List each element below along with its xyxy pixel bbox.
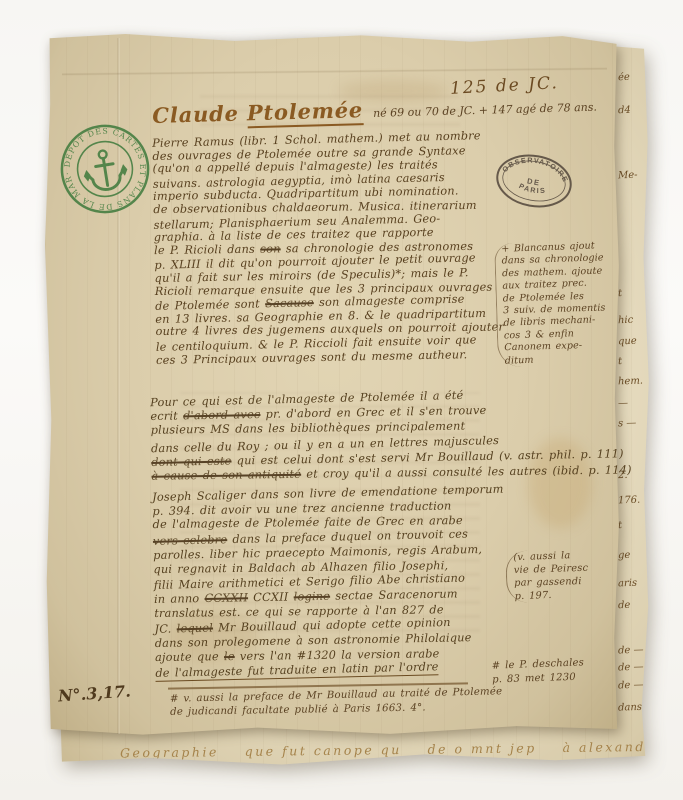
- handwritten-text: p. 197.: [514, 590, 552, 602]
- struck-text: dont qui este: [151, 454, 231, 468]
- handwritten-text: Canonem expe-: [504, 340, 582, 353]
- manuscript-line: (v. aussi la: [513, 549, 588, 565]
- handwritten-text: vie de Peiresc: [514, 563, 589, 576]
- stamp-ring-text: · DEPOT DES CARTES ET PLANS DE LA MARINE: [51, 115, 153, 219]
- struck-text: à cause de son antiquité: [151, 468, 301, 483]
- handwritten-text: de Ptolemée sont: [155, 297, 265, 313]
- edge-fragment: de —: [618, 680, 644, 692]
- handwritten-text: et croy qu'il a aussi consulté les autre…: [301, 463, 632, 480]
- handwritten-text: # le P. deschales: [492, 657, 585, 671]
- struck-text: Sacause: [265, 296, 314, 310]
- handwritten-text: le P. Ricioli dans: [154, 242, 260, 256]
- handwritten-text: cos 3 & enfin: [504, 328, 574, 341]
- margin-note-deschales: # le P. deschalesp. 83 met 1230: [492, 657, 585, 688]
- handwritten-text: par gassendi: [514, 576, 582, 589]
- title-underlined-name: Ptolemée: [247, 97, 364, 128]
- paragraph-ramus: Pierre Ramus (libr. 1 Schol. mathem.) me…: [152, 130, 505, 367]
- struck-text: CCXXII: [204, 591, 248, 605]
- handwritten-text: aux traitez prec.: [502, 278, 587, 292]
- handwritten-text: ecrit: [150, 410, 183, 424]
- handwritten-text: CCXII: [248, 590, 294, 604]
- fleur-de-lis-icon: [83, 169, 92, 182]
- title-first-word: Claude: [152, 101, 239, 128]
- handwritten-text: in anno: [154, 592, 205, 606]
- handwritten-text: + Blancanus ajout: [501, 240, 595, 254]
- struck-text: vers celebre: [153, 533, 228, 548]
- handwritten-text: de libris mechani-: [503, 315, 595, 329]
- manuscript-line: p. 197.: [514, 588, 589, 604]
- struck-text: d'abord avec: [183, 408, 260, 422]
- struck-text: le: [224, 650, 235, 663]
- edge-fragment: Me-: [618, 170, 638, 182]
- page-title: Claude Ptolemée: [152, 97, 363, 128]
- paragraph-scaliger: Joseph Scaliger dans son livre de emenda…: [152, 484, 507, 682]
- edge-fragment: dans —: [618, 701, 655, 713]
- struck-text: lequel: [177, 622, 214, 636]
- edge-fragment: hic: [618, 315, 634, 327]
- manuscript-scan: éed4Me-thicquethem.—s —2.176.tgearisdede…: [0, 0, 683, 800]
- handwritten-text: ditum: [505, 354, 534, 366]
- edge-fragment: de —: [618, 662, 644, 674]
- handwritten-text: sectae Saracenorum: [330, 587, 458, 602]
- struck-text: son: [260, 242, 281, 255]
- handwritten-text: p. 83 met 1230: [492, 672, 576, 686]
- handwritten-text: JC.: [154, 623, 176, 637]
- edge-fragment: de —: [618, 645, 644, 657]
- margin-note-blancanus: + Blancanus ajoutdans sa chronologiedes …: [494, 240, 607, 367]
- handwritten-text: ajoute que: [155, 650, 224, 664]
- edge-fragment: 176.: [618, 495, 641, 507]
- paragraph-almageste: Pour ce qui est de l'almageste de Ptolem…: [150, 385, 632, 485]
- struck-text: logine: [294, 590, 331, 604]
- handwritten-text: (v. aussi la: [513, 550, 570, 563]
- edge-fragment: aris: [618, 578, 637, 590]
- depot-de-la-marine-stamp: · DEPOT DES CARTES ET PLANS DE LA MARINE: [51, 115, 159, 223]
- margin-note-peiresc: (v. aussi lavie de Peirescpar gassendip.…: [505, 549, 589, 604]
- footnote: # v. aussi la preface de Mr Bouillaud au…: [170, 686, 503, 719]
- edge-fragment: que: [618, 336, 637, 348]
- anchor-icon: [85, 148, 125, 192]
